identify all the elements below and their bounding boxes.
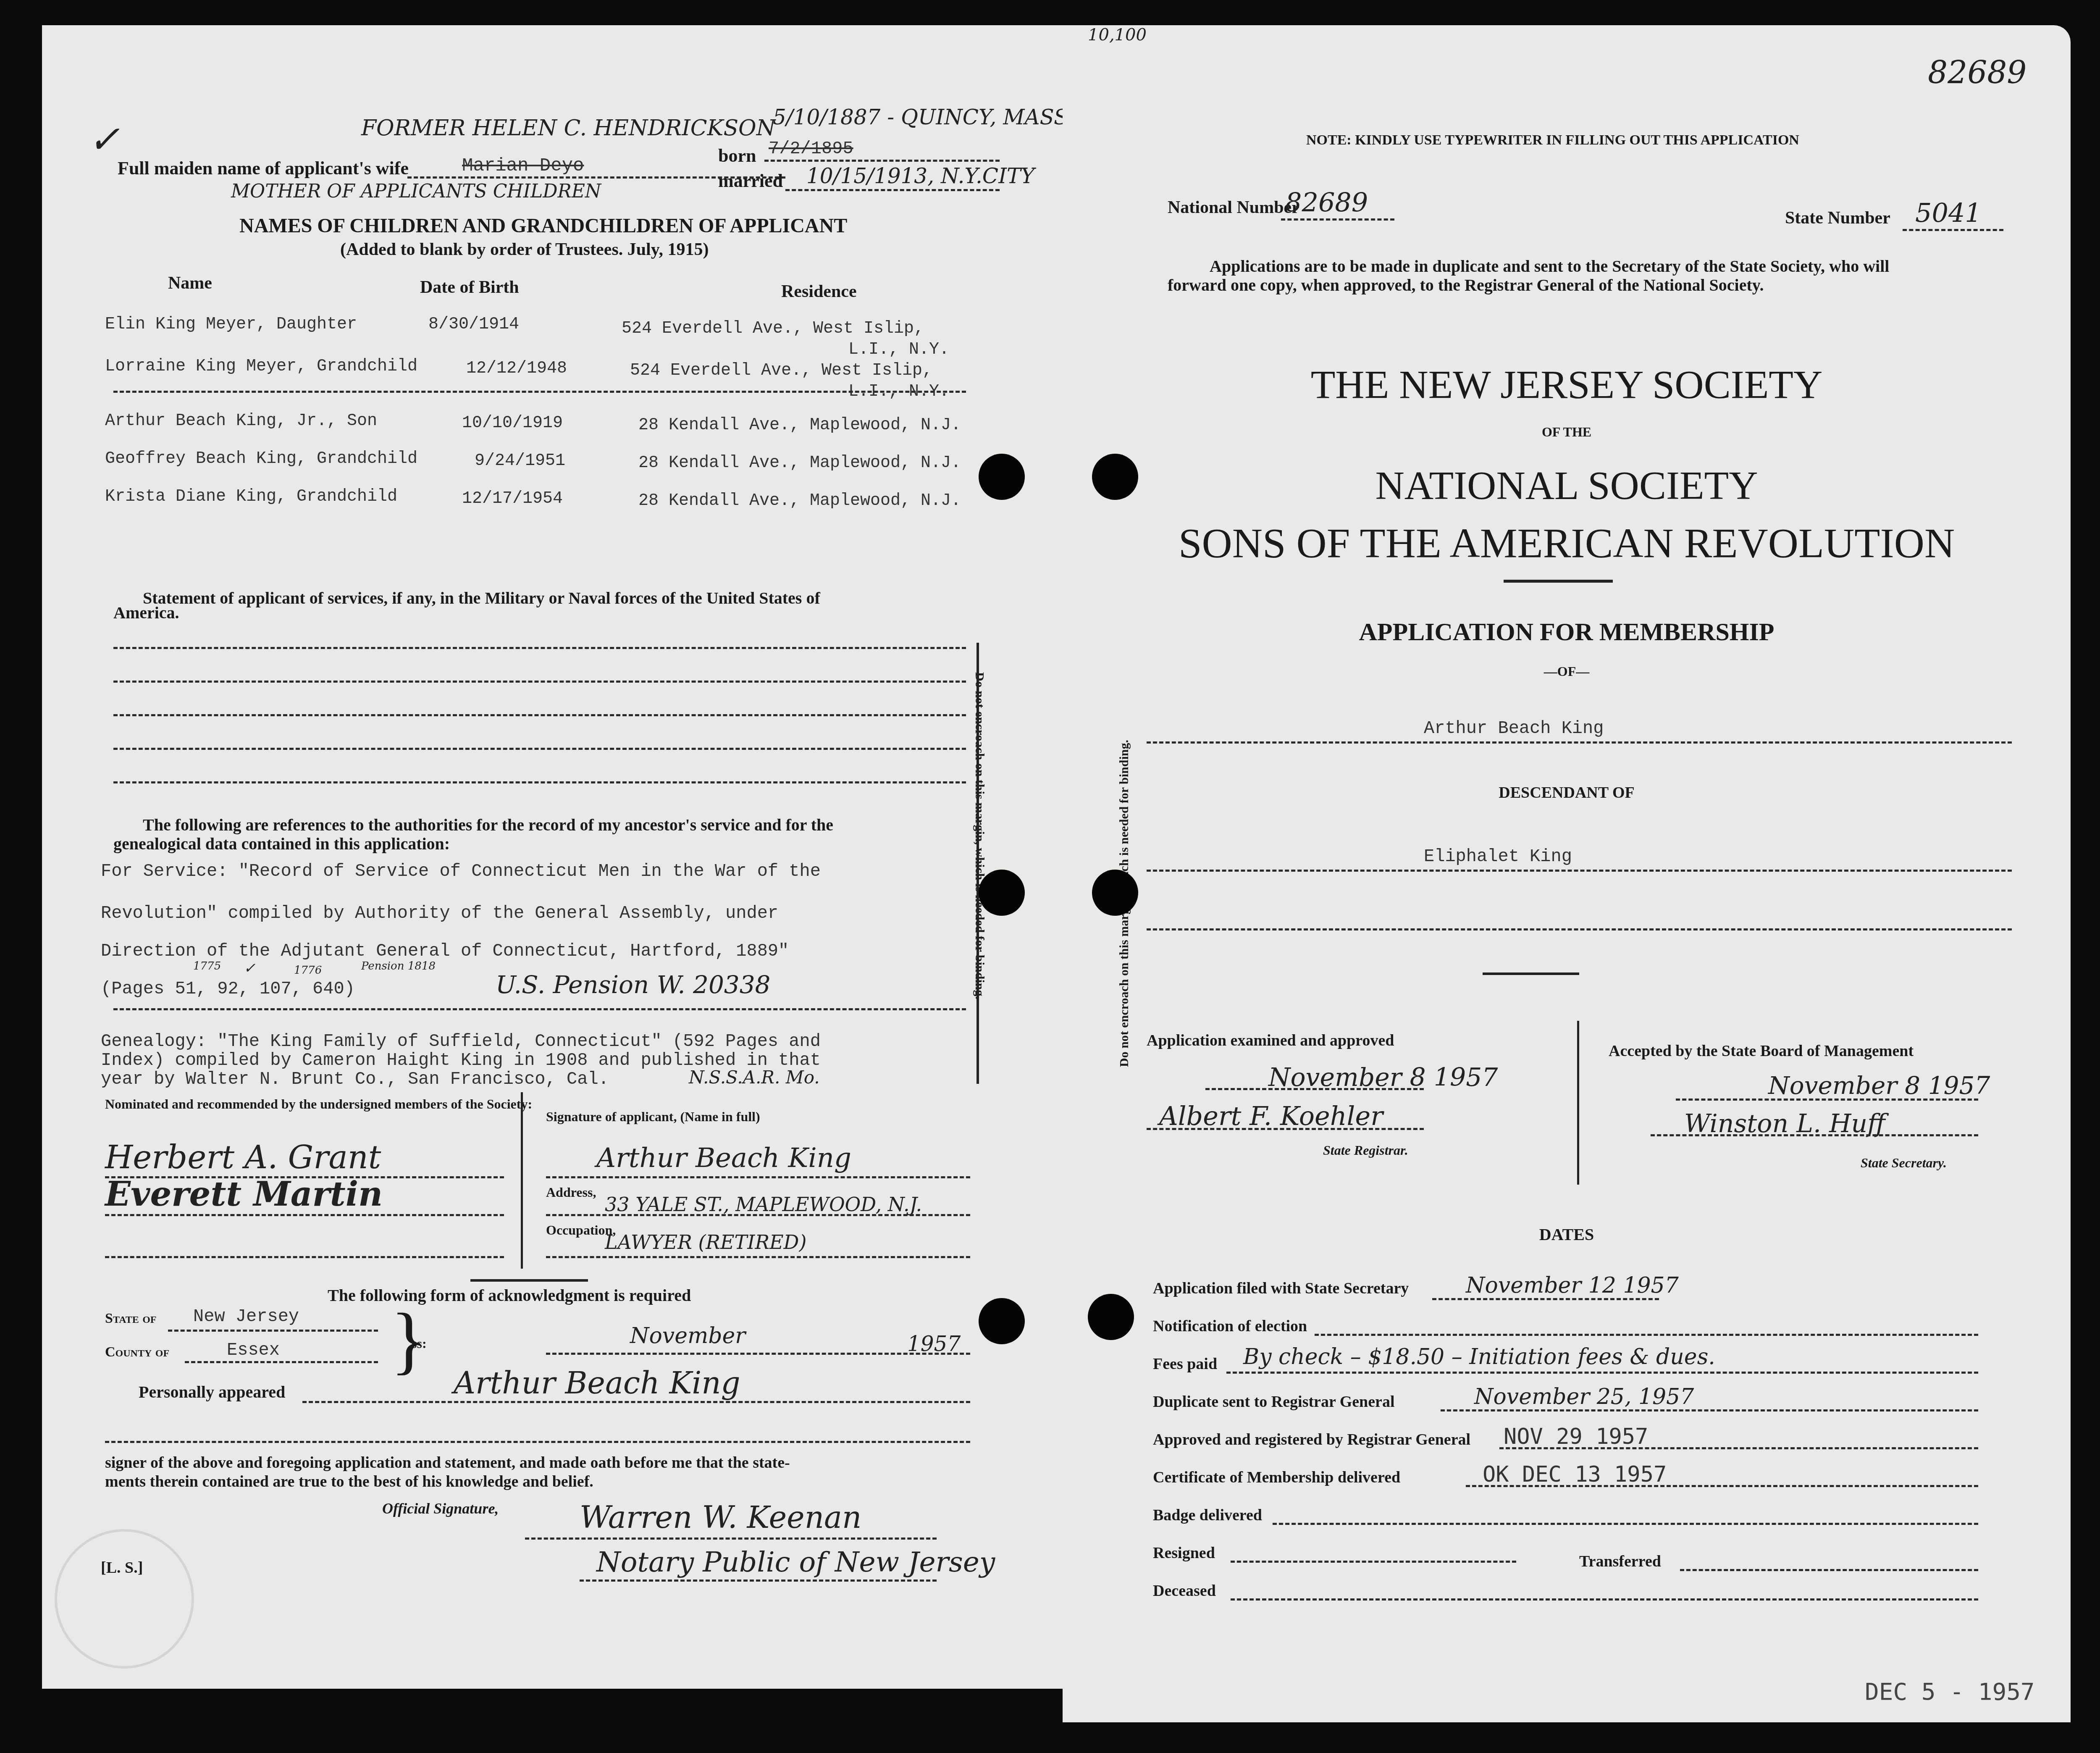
transferred-label: Transferred bbox=[1579, 1552, 1661, 1571]
applicant-name: Arthur Beach King bbox=[1424, 718, 1604, 739]
checkmark-icon: ✓ bbox=[88, 118, 120, 162]
references-line bbox=[113, 1008, 966, 1010]
children-heading: NAMES OF CHILDREN AND GRANDCHILDREN OF A… bbox=[239, 214, 847, 237]
military-statement: Statement of applicant of services, if a… bbox=[143, 588, 820, 608]
binding-hole bbox=[979, 454, 1025, 500]
references-intro-cont: genealogical data contained in this appl… bbox=[113, 834, 450, 854]
approval-divider bbox=[1577, 1021, 1579, 1185]
page-annotation: ✓ bbox=[244, 960, 256, 977]
reference-line: For Service: "Record of Service of Conne… bbox=[101, 861, 821, 881]
nominator-signature: Herbert A. Grant bbox=[105, 1138, 381, 1176]
binding-hole bbox=[1092, 454, 1138, 500]
applicant-signature: Arthur Beach King bbox=[596, 1143, 851, 1174]
page-annotation: 1775 bbox=[193, 960, 221, 972]
born-label: born bbox=[718, 145, 756, 166]
application-heading: APPLICATION FOR MEMBERSHIP bbox=[1063, 618, 2071, 647]
nominator-line bbox=[105, 1214, 504, 1216]
dates-heading: DATES bbox=[1063, 1225, 2071, 1244]
state-number-line bbox=[1903, 229, 2003, 231]
registrar-title: State Registrar. bbox=[1323, 1143, 1408, 1158]
state-line bbox=[168, 1330, 378, 1332]
resigned-line bbox=[1231, 1561, 1516, 1563]
page-annotation: Pension 1818 bbox=[361, 960, 436, 972]
accepted-date-line bbox=[1676, 1099, 1978, 1101]
signature-line bbox=[546, 1176, 970, 1178]
binding-margin-rule bbox=[976, 643, 979, 1084]
national-number: 82689 bbox=[1285, 187, 1368, 218]
nominated-label: Nominated and recommended by the undersi… bbox=[105, 1096, 546, 1112]
military-line-2 bbox=[113, 681, 966, 683]
resigned-label: Resigned bbox=[1153, 1544, 1215, 1562]
appeared-line bbox=[302, 1401, 970, 1403]
wife-note: MOTHER OF APPLICANTS CHILDREN bbox=[231, 181, 601, 202]
state-label: State of bbox=[105, 1311, 157, 1327]
col-residence-header: Residence bbox=[781, 281, 857, 302]
state-value: New Jersey bbox=[193, 1306, 299, 1327]
title-sar: SONS OF THE AMERICAN REVOLUTION bbox=[1063, 519, 2071, 567]
occupation-value: LAWYER (RETIRED) bbox=[605, 1231, 806, 1254]
binding-hole bbox=[1092, 870, 1138, 916]
genealogy-line: year by Walter N. Brunt Co., San Francis… bbox=[101, 1069, 609, 1089]
reference-line: Direction of the Adjutant General of Con… bbox=[101, 941, 789, 961]
county-value: Essex bbox=[227, 1340, 280, 1360]
oath-text: signer of the above and foregoing applic… bbox=[105, 1453, 790, 1472]
title-national-society: NATIONAL SOCIETY bbox=[1063, 462, 2071, 509]
oath-text-cont: ments therein contained are true to the … bbox=[105, 1472, 593, 1491]
duplicate-note-cont: forward one copy, when approved, to the … bbox=[1168, 275, 1764, 295]
military-line-3 bbox=[113, 714, 966, 716]
title-society: THE NEW JERSEY SOCIETY bbox=[1063, 361, 2071, 408]
wife-label: Full maiden name of applicant's wife bbox=[118, 158, 409, 179]
address-value: 33 YALE ST., MAPLEWOOD, N.J. bbox=[605, 1193, 922, 1216]
left-page: ✓ Full maiden name of applicant's wife F… bbox=[42, 25, 1067, 1689]
appeared-label: Personally appeared bbox=[139, 1382, 285, 1402]
pension-handwritten: U.S. Pension W. 20338 bbox=[496, 970, 771, 999]
state-number-label: State Number bbox=[1785, 208, 1890, 228]
accepted-date: November 8 1957 bbox=[1768, 1071, 1990, 1100]
notary-title: Notary Public of New Jersey bbox=[596, 1546, 995, 1578]
receipt-stamp: DEC 5 - 1957 bbox=[1865, 1678, 2035, 1706]
date-field-line bbox=[1432, 1298, 1659, 1300]
born-field-line bbox=[764, 160, 1000, 162]
right-page: 10,100 82689 NOTE: KINDLY USE TYPEWRITER… bbox=[1063, 25, 2071, 1722]
date-field-line bbox=[1315, 1334, 1978, 1336]
date-field-line bbox=[1466, 1485, 1978, 1487]
military-statement-cont: America. bbox=[113, 603, 179, 623]
genealogy-line: Genealogy: "The King Family of Suffield,… bbox=[101, 1031, 821, 1051]
county-line bbox=[185, 1361, 378, 1363]
ack-heading: The following form of acknowledgment is … bbox=[328, 1285, 691, 1305]
binding-hole bbox=[979, 1298, 1025, 1344]
born-struck: 7/2/1895 bbox=[769, 139, 853, 159]
notary-seal-emboss bbox=[55, 1529, 194, 1669]
married-field-line bbox=[785, 189, 1000, 191]
ancestor-blank-line bbox=[1147, 928, 2012, 930]
wife-handwritten: FORMER HELEN C. HENDRICKSON bbox=[361, 116, 775, 141]
binding-margin-note: Do not encroach on this margin, which is… bbox=[972, 672, 987, 1071]
date-field-line bbox=[1441, 1409, 1978, 1411]
military-line-4 bbox=[113, 748, 966, 750]
corner-note: 10,100 bbox=[1088, 25, 1147, 45]
section-divider bbox=[470, 1279, 588, 1282]
nominator-line bbox=[105, 1256, 504, 1258]
reference-line: Revolution" compiled by Authority of the… bbox=[101, 903, 778, 923]
examined-date-line bbox=[1205, 1088, 1424, 1090]
date-field-line bbox=[1273, 1523, 1978, 1525]
notary-signature: Warren W. Keenan bbox=[580, 1500, 861, 1535]
applicant-name-line bbox=[1147, 741, 2012, 744]
children-blank-line bbox=[113, 391, 966, 393]
ss-label: ss: bbox=[412, 1336, 427, 1351]
notary-signature-line bbox=[525, 1537, 937, 1540]
section-divider bbox=[1483, 972, 1579, 975]
married-label: married bbox=[718, 170, 783, 192]
descendant-label: DESCENDANT OF bbox=[1063, 783, 2071, 802]
typewriter-note: NOTE: KINDLY USE TYPEWRITER IN FILLING O… bbox=[1306, 132, 1799, 148]
binding-hole bbox=[1088, 1294, 1134, 1340]
nominator-signature: Everett Martin bbox=[105, 1174, 383, 1214]
duplicate-note: Applications are to be made in duplicate… bbox=[1210, 256, 1889, 276]
notary-title-line bbox=[580, 1580, 937, 1582]
appeared-value: Arthur Beach King bbox=[454, 1365, 740, 1401]
married-handwritten: 10/15/1913, N.Y.CITY bbox=[806, 164, 1034, 188]
born-handwritten: 5/10/1887 - QUINCY, MASS bbox=[773, 105, 1068, 129]
official-signature-label: Official Signature, bbox=[382, 1500, 499, 1517]
children-subheading: (Added to blank by order of Trustees. Ju… bbox=[340, 239, 709, 260]
binding-hole bbox=[979, 870, 1025, 916]
address-line bbox=[546, 1214, 970, 1216]
state-number: 5041 bbox=[1915, 197, 1982, 228]
ack-month: November bbox=[630, 1323, 745, 1348]
ancestor-name-line bbox=[1147, 870, 2012, 872]
county-label: County of bbox=[105, 1344, 169, 1360]
ancestor-name: Eliphalet King bbox=[1424, 846, 1572, 867]
signature-divider bbox=[521, 1092, 523, 1269]
col-name-header: Name bbox=[168, 273, 212, 293]
wife-struck: Marian Deyo bbox=[462, 155, 584, 176]
national-number-line bbox=[1281, 218, 1394, 221]
deceased-line bbox=[1231, 1598, 1978, 1601]
secretary-signature-line bbox=[1651, 1134, 1978, 1136]
registrar-signature: Albert F. Koehler bbox=[1159, 1101, 1383, 1131]
col-dob-header: Date of Birth bbox=[420, 277, 519, 297]
genealogy-note: N.S.S.A.R. Mo. bbox=[689, 1067, 820, 1088]
registrar-signature-line bbox=[1147, 1128, 1424, 1130]
corner-number: 82689 bbox=[1928, 55, 2026, 91]
secretary-title: State Secretary. bbox=[1861, 1155, 1947, 1171]
page-annotation: 1776 bbox=[294, 964, 322, 977]
deceased-label: Deceased bbox=[1153, 1582, 1216, 1600]
address-label: Address, bbox=[546, 1185, 596, 1200]
transferred-line bbox=[1680, 1569, 1978, 1571]
date-field-line bbox=[1499, 1447, 1978, 1449]
title-divider bbox=[1504, 580, 1613, 583]
reference-line: (Pages 51, 92, 107, 640) bbox=[101, 979, 355, 999]
title-of-the: OF THE bbox=[1063, 424, 2071, 440]
military-line-5 bbox=[113, 781, 966, 783]
date-field-line bbox=[1226, 1372, 1978, 1374]
examined-label: Application examined and approved bbox=[1147, 1031, 1394, 1050]
ack-date-line bbox=[546, 1353, 970, 1355]
national-number-label: National Number bbox=[1168, 197, 1299, 218]
of-label: —OF— bbox=[1063, 664, 2071, 679]
military-line-1 bbox=[113, 647, 966, 649]
appeared-line-2 bbox=[105, 1441, 970, 1443]
signature-label: Signature of applicant, (Name in full) bbox=[546, 1109, 760, 1125]
occupation-line bbox=[546, 1256, 970, 1258]
accepted-label: Accepted by the State Board of Managemen… bbox=[1609, 1042, 1914, 1060]
references-intro: The following are references to the auth… bbox=[143, 815, 833, 835]
